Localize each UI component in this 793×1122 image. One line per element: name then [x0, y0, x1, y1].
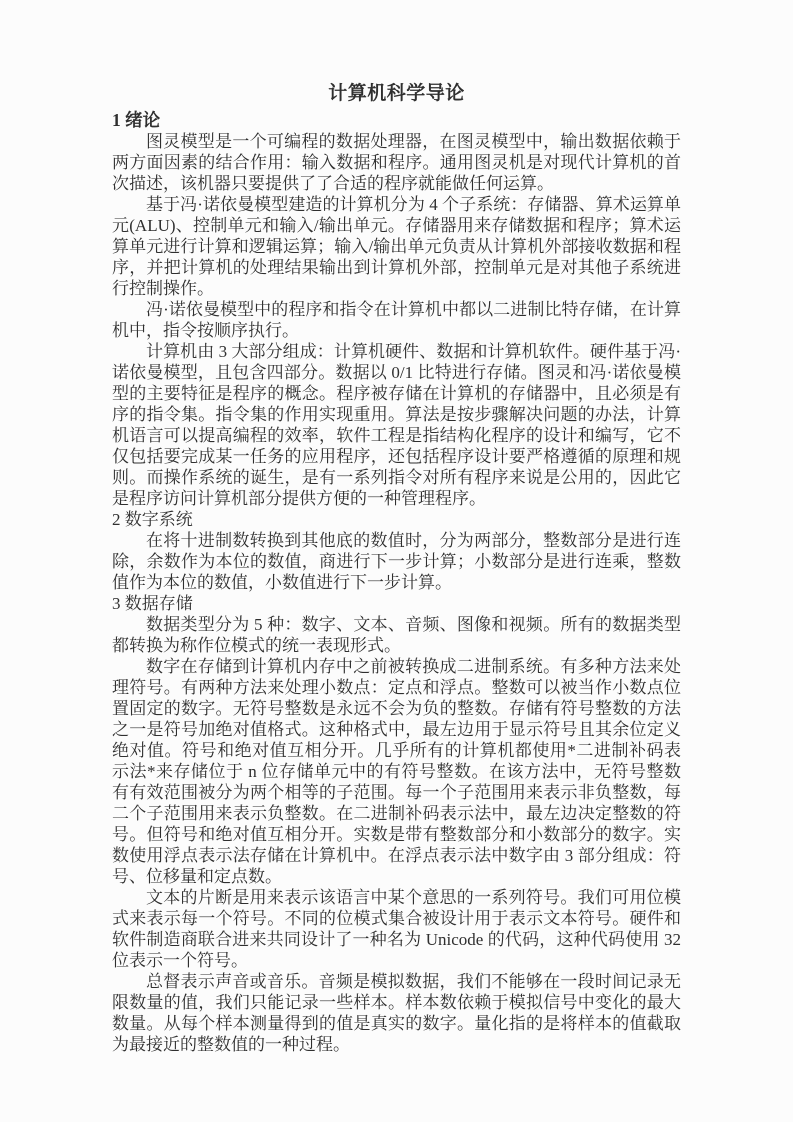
- paragraph: 数据类型分为 5 种：数字、文本、音频、图像和视频。所有的数据类型都转换为称作位…: [112, 614, 681, 656]
- document-title: 计算机科学导论: [112, 82, 681, 106]
- section-heading-data-storage: 3 数据存储: [112, 593, 681, 614]
- paragraph: 文本的片断是用来表示该语言中某个意思的一系列符号。我们可用位模式来表示每一个符号…: [112, 887, 681, 971]
- paragraph: 图灵模型是一个可编程的数据处理器，在图灵模型中，输出数据依赖于两方面因素的结合作…: [112, 131, 681, 194]
- paragraph: 冯·诺依曼模型中的程序和指令在计算机中都以二进制比特存储，在计算机中，指令按顺序…: [112, 299, 681, 341]
- paragraph: 总督表示声音或音乐。音频是模拟数据，我们不能够在一段时间记录无限数量的值，我们只…: [112, 971, 681, 1055]
- document-page: 计算机科学导论 1 绪论 图灵模型是一个可编程的数据处理器，在图灵模型中，输出数…: [0, 0, 793, 1122]
- paragraph: 计算机由 3 大部分组成：计算机硬件、数据和计算机软件。硬件基于冯·诺依曼模型，…: [112, 341, 681, 509]
- paragraph: 数字在存储到计算机内存中之前被转换成二进制系统。有多种方法来处理符号。有两种方法…: [112, 656, 681, 887]
- paragraph: 在将十进制数转换到其他底的数值时，分为两部分，整数部分是进行连除，余数作为本位的…: [112, 530, 681, 593]
- section-heading-introduction: 1 绪论: [112, 109, 681, 131]
- section-heading-number-systems: 2 数字系统: [112, 509, 681, 530]
- page-content: 计算机科学导论 1 绪论 图灵模型是一个可编程的数据处理器，在图灵模型中，输出数…: [112, 82, 681, 1055]
- paragraph: 基于冯·诺依曼模型建造的计算机分为 4 个子系统：存储器、算术运算单元(ALU)…: [112, 194, 681, 299]
